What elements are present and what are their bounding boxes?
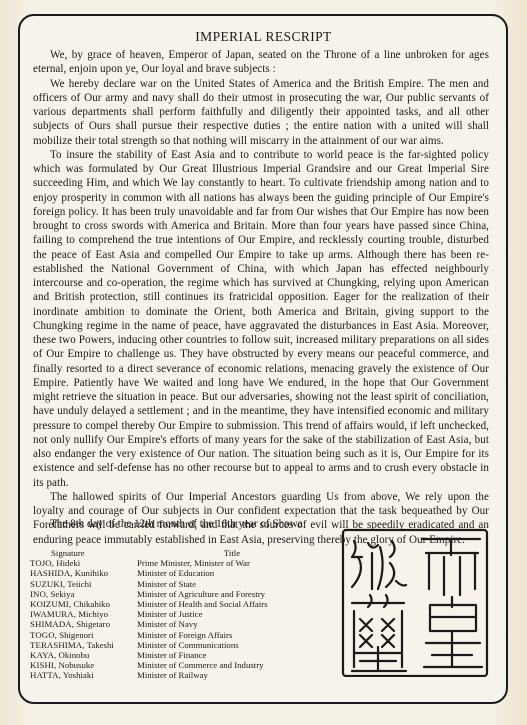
signature-rows: TOJO, HidekiPrime Minister, Minister of … [30,558,327,680]
paragraph: To insure the stability of East Asia and… [33,148,489,490]
signatory-title: Minister of Education [137,568,327,578]
signatory-given-name: Teiichi [67,579,91,589]
signatory-surname: TERASHIMA, [30,640,85,650]
signature-row: KAYA, OkinobuMinister of Finance [30,650,327,660]
signatory-name: SUZUKI, Teiichi [30,579,137,589]
signatory-name: KAYA, Okinobu [30,650,137,660]
signature-row: HATTA, YoshiakiMinister of Railway [30,670,327,680]
signatory-title: Minister of Agriculture and Forestry [137,589,327,599]
signature-row: KOIZUMI, ChikahikoMinister of Health and… [30,599,327,609]
signature-table-header: Signature Title [30,548,327,558]
signatory-name: KISHI, Nobusuke [30,660,137,670]
signature-row: INO, SekiyaMinister of Agriculture and F… [30,589,327,599]
signatory-surname: TOGO, [30,630,57,640]
signatory-title: Minister of State [137,579,327,589]
imperial-seal-icon [340,527,490,677]
signatory-surname: INO, [30,589,48,599]
signatory-given-name: Hideki [56,558,80,568]
signatory-given-name: Nobusuke [58,660,94,670]
signatory-name: TOJO, Hideki [30,558,137,568]
signatory-title: Minister of Health and Social Affairs [137,599,327,609]
signatory-name: INO, Sekiya [30,589,137,599]
signatory-given-name: Okinobu [59,650,90,660]
signatory-title: Minister of Justice [137,609,327,619]
paragraph: We, by grace of heaven, Emperor of Japan… [33,48,489,77]
signatory-title: Minister of Railway [137,670,327,680]
signatory-surname: KISHI, [30,660,56,670]
signature-table: Signature Title TOJO, HidekiPrime Minist… [30,548,327,681]
signatory-given-name: Kunihiko [75,568,108,578]
signatory-given-name: Michiyo [78,609,108,619]
signatory-name: HATTA, Yoshiaki [30,670,137,680]
signatory-title: Minister of Foreign Affairs [137,630,327,640]
signatory-surname: KOIZUMI, [30,599,71,609]
signatory-name: SHIMADA, Shigetaro [30,619,137,629]
signatory-title: Prime Minister, Minister of War [137,558,327,568]
signatory-surname: TOJO, [30,558,54,568]
signatory-title: Minister of Navy [137,619,327,629]
signatory-given-name: Yoshiaki [63,670,94,680]
signature-row: TOGO, ShigenoriMinister of Foreign Affai… [30,630,327,640]
signature-row: TERASHIMA, TakeshiMinister of Communicat… [30,640,327,650]
signature-row: IWAMURA, MichiyoMinister of Justice [30,609,327,619]
signatory-name: TERASHIMA, Takeshi [30,640,137,650]
signatory-name: IWAMURA, Michiyo [30,609,137,619]
signatory-surname: KAYA, [30,650,56,660]
signatory-given-name: Shigenori [59,630,93,640]
header-signature: Signature [30,548,142,558]
signatory-name: HASHIDA, Kunihiko [30,568,137,578]
signatory-surname: HASHIDA, [30,568,73,578]
signature-row: SHIMADA, ShigetaroMinister of Navy [30,619,327,629]
rescript-body: We, by grace of heaven, Emperor of Japan… [33,48,489,547]
signatory-title: Minister of Communications [137,640,327,650]
signatory-title: Minister of Commerce and Industry [137,660,327,670]
signatory-title: Minister of Finance [137,650,327,660]
header-title: Title [142,548,322,558]
signature-row: KISHI, NobusukeMinister of Commerce and … [30,660,327,670]
signature-row: TOJO, HidekiPrime Minister, Minister of … [30,558,327,568]
signatory-name: TOGO, Shigenori [30,630,137,640]
date-line: The 8th day of the 12th month of the 16t… [50,518,303,530]
signatory-name: KOIZUMI, Chikahiko [30,599,137,609]
signatory-given-name: Shigetaro [76,619,110,629]
signatory-surname: SUZUKI, [30,579,65,589]
document-title: IMPERIAL RESCRIPT [0,29,527,45]
paragraph: We hereby declare war on the United Stat… [33,77,489,148]
signatory-surname: HATTA, [30,670,61,680]
signatory-given-name: Sekiya [50,589,74,599]
signature-row: SUZUKI, TeiichiMinister of State [30,579,327,589]
signatory-surname: SHIMADA, [30,619,74,629]
signature-row: HASHIDA, KunihikoMinister of Education [30,568,327,578]
signatory-surname: IWAMURA, [30,609,76,619]
signatory-given-name: Takeshi [87,640,114,650]
signatory-given-name: Chikahiko [73,599,110,609]
